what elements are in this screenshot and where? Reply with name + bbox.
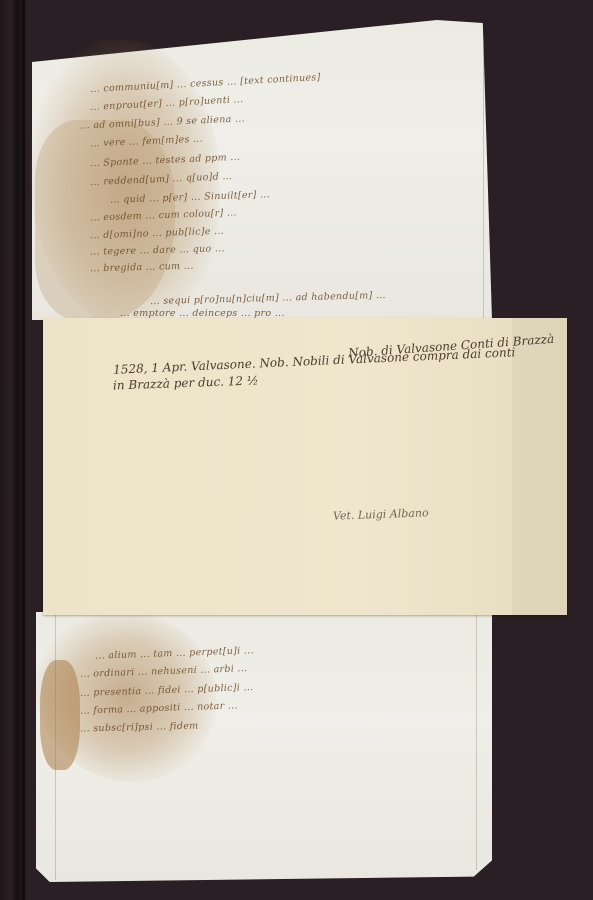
binding-groove bbox=[22, 0, 25, 900]
ruled-margin-right-bottom bbox=[476, 615, 477, 870]
ruled-margin-right bbox=[483, 40, 484, 320]
label-summary-line1: 1528, 1 Apr. Valvasone. Nob. Nobili di V… bbox=[113, 345, 516, 377]
label-fold-shadow bbox=[512, 318, 567, 615]
label-summary-line2: in Brazzà per duc. 12 ½ bbox=[113, 373, 259, 392]
water-stain-bottom-edge bbox=[40, 660, 80, 770]
ruled-margin-left bbox=[55, 615, 56, 880]
label-signature: Vet. Luigi Albano bbox=[333, 506, 429, 522]
archival-label: Nob. di Valvasone Conti di Brazzà 1528, … bbox=[43, 318, 567, 615]
